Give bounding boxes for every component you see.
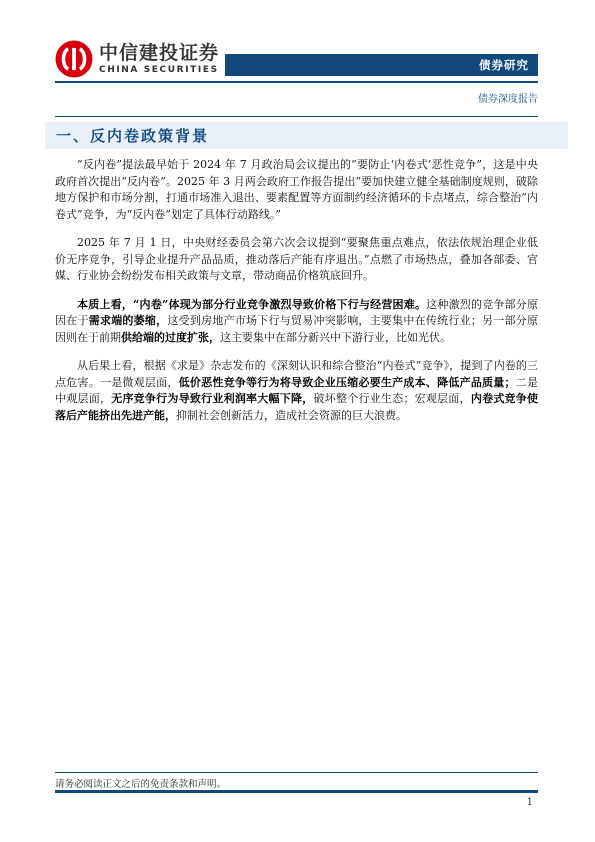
paragraph: 从后果上看，根据《求是》杂志发布的《深刻认识和综合整治“内卷式”竞争》，提到了内… xyxy=(55,358,538,424)
footer-rule-thick xyxy=(55,790,538,793)
header-rule xyxy=(55,81,538,83)
footer-rule-thin xyxy=(55,772,538,773)
disclaimer-text: 请务必阅读正文之后的免责条款和声明。 xyxy=(55,776,538,790)
body-paragraphs: “反内卷”提法最早始于 2024 年 7 月政治局会议提出的“要防止‘内卷式’恶… xyxy=(55,157,538,436)
paragraph-segment: “反内卷”提法最早始于 2024 年 7 月政治局会议提出的“要防止‘内卷式’恶… xyxy=(55,158,538,221)
paragraph: 2025 年 7 月 1 日，中央财经委员会第六次会议提到“要聚焦重点难点，依法… xyxy=(55,235,538,285)
paragraph: “反内卷”提法最早始于 2024 年 7 月政治局会议提出的“要防止‘内卷式’恶… xyxy=(55,157,538,223)
page-number: 1 xyxy=(55,797,533,808)
section-title: 一、反内卷政策背景 xyxy=(56,125,209,147)
report-type-label: 债券深度报告 xyxy=(55,90,538,105)
paragraph-bold-segment: 无序竞争行为导致行业利润率大幅下降， xyxy=(111,392,313,405)
brand-name-en: CHINA SECURITIES xyxy=(99,65,219,75)
header-rule-thin xyxy=(55,116,538,117)
paragraph-bold-segment: 低价恶性竞争等行为将导致企业压缩必要生产成本、降低产品质量； xyxy=(179,376,516,389)
paragraph-bold-segment: 本质上看，“内卷”体现为部分行业竞争激烈导致价格下行与经营困难。 xyxy=(77,298,426,311)
category-banner: 债券研究 xyxy=(225,54,538,76)
citic-logo-icon xyxy=(55,40,93,78)
paragraph-segment: 这主要集中在部分新兴中下游行业，比如光伏。 xyxy=(220,331,451,344)
paragraph-bold-segment: 需求端的萎缩， xyxy=(89,314,168,327)
paragraph: 本质上看，“内卷”体现为部分行业竞争激烈导致价格下行与经营困难。这种激烈的竞争部… xyxy=(55,297,538,347)
brand-logo: 中信建投证券 CHINA SECURITIES xyxy=(55,40,219,78)
paragraph-segment: 破坏整个行业生态；宏观层面， xyxy=(314,392,471,405)
paragraph-segment: 2025 年 7 月 1 日，中央财经委员会第六次会议提到“要聚焦重点难点，依法… xyxy=(55,236,538,282)
paragraph-segment: 抑制社会创新活力，造成社会资源的巨大浪费。 xyxy=(176,409,407,422)
paragraph-bold-segment: 供给端的过度扩张， xyxy=(121,331,220,344)
brand-name-cn: 中信建投证券 xyxy=(99,43,219,64)
brand-name: 中信建投证券 CHINA SECURITIES xyxy=(99,43,219,76)
report-page: 中信建投证券 CHINA SECURITIES 债券研究 债券深度报告 一、反内… xyxy=(0,0,595,842)
